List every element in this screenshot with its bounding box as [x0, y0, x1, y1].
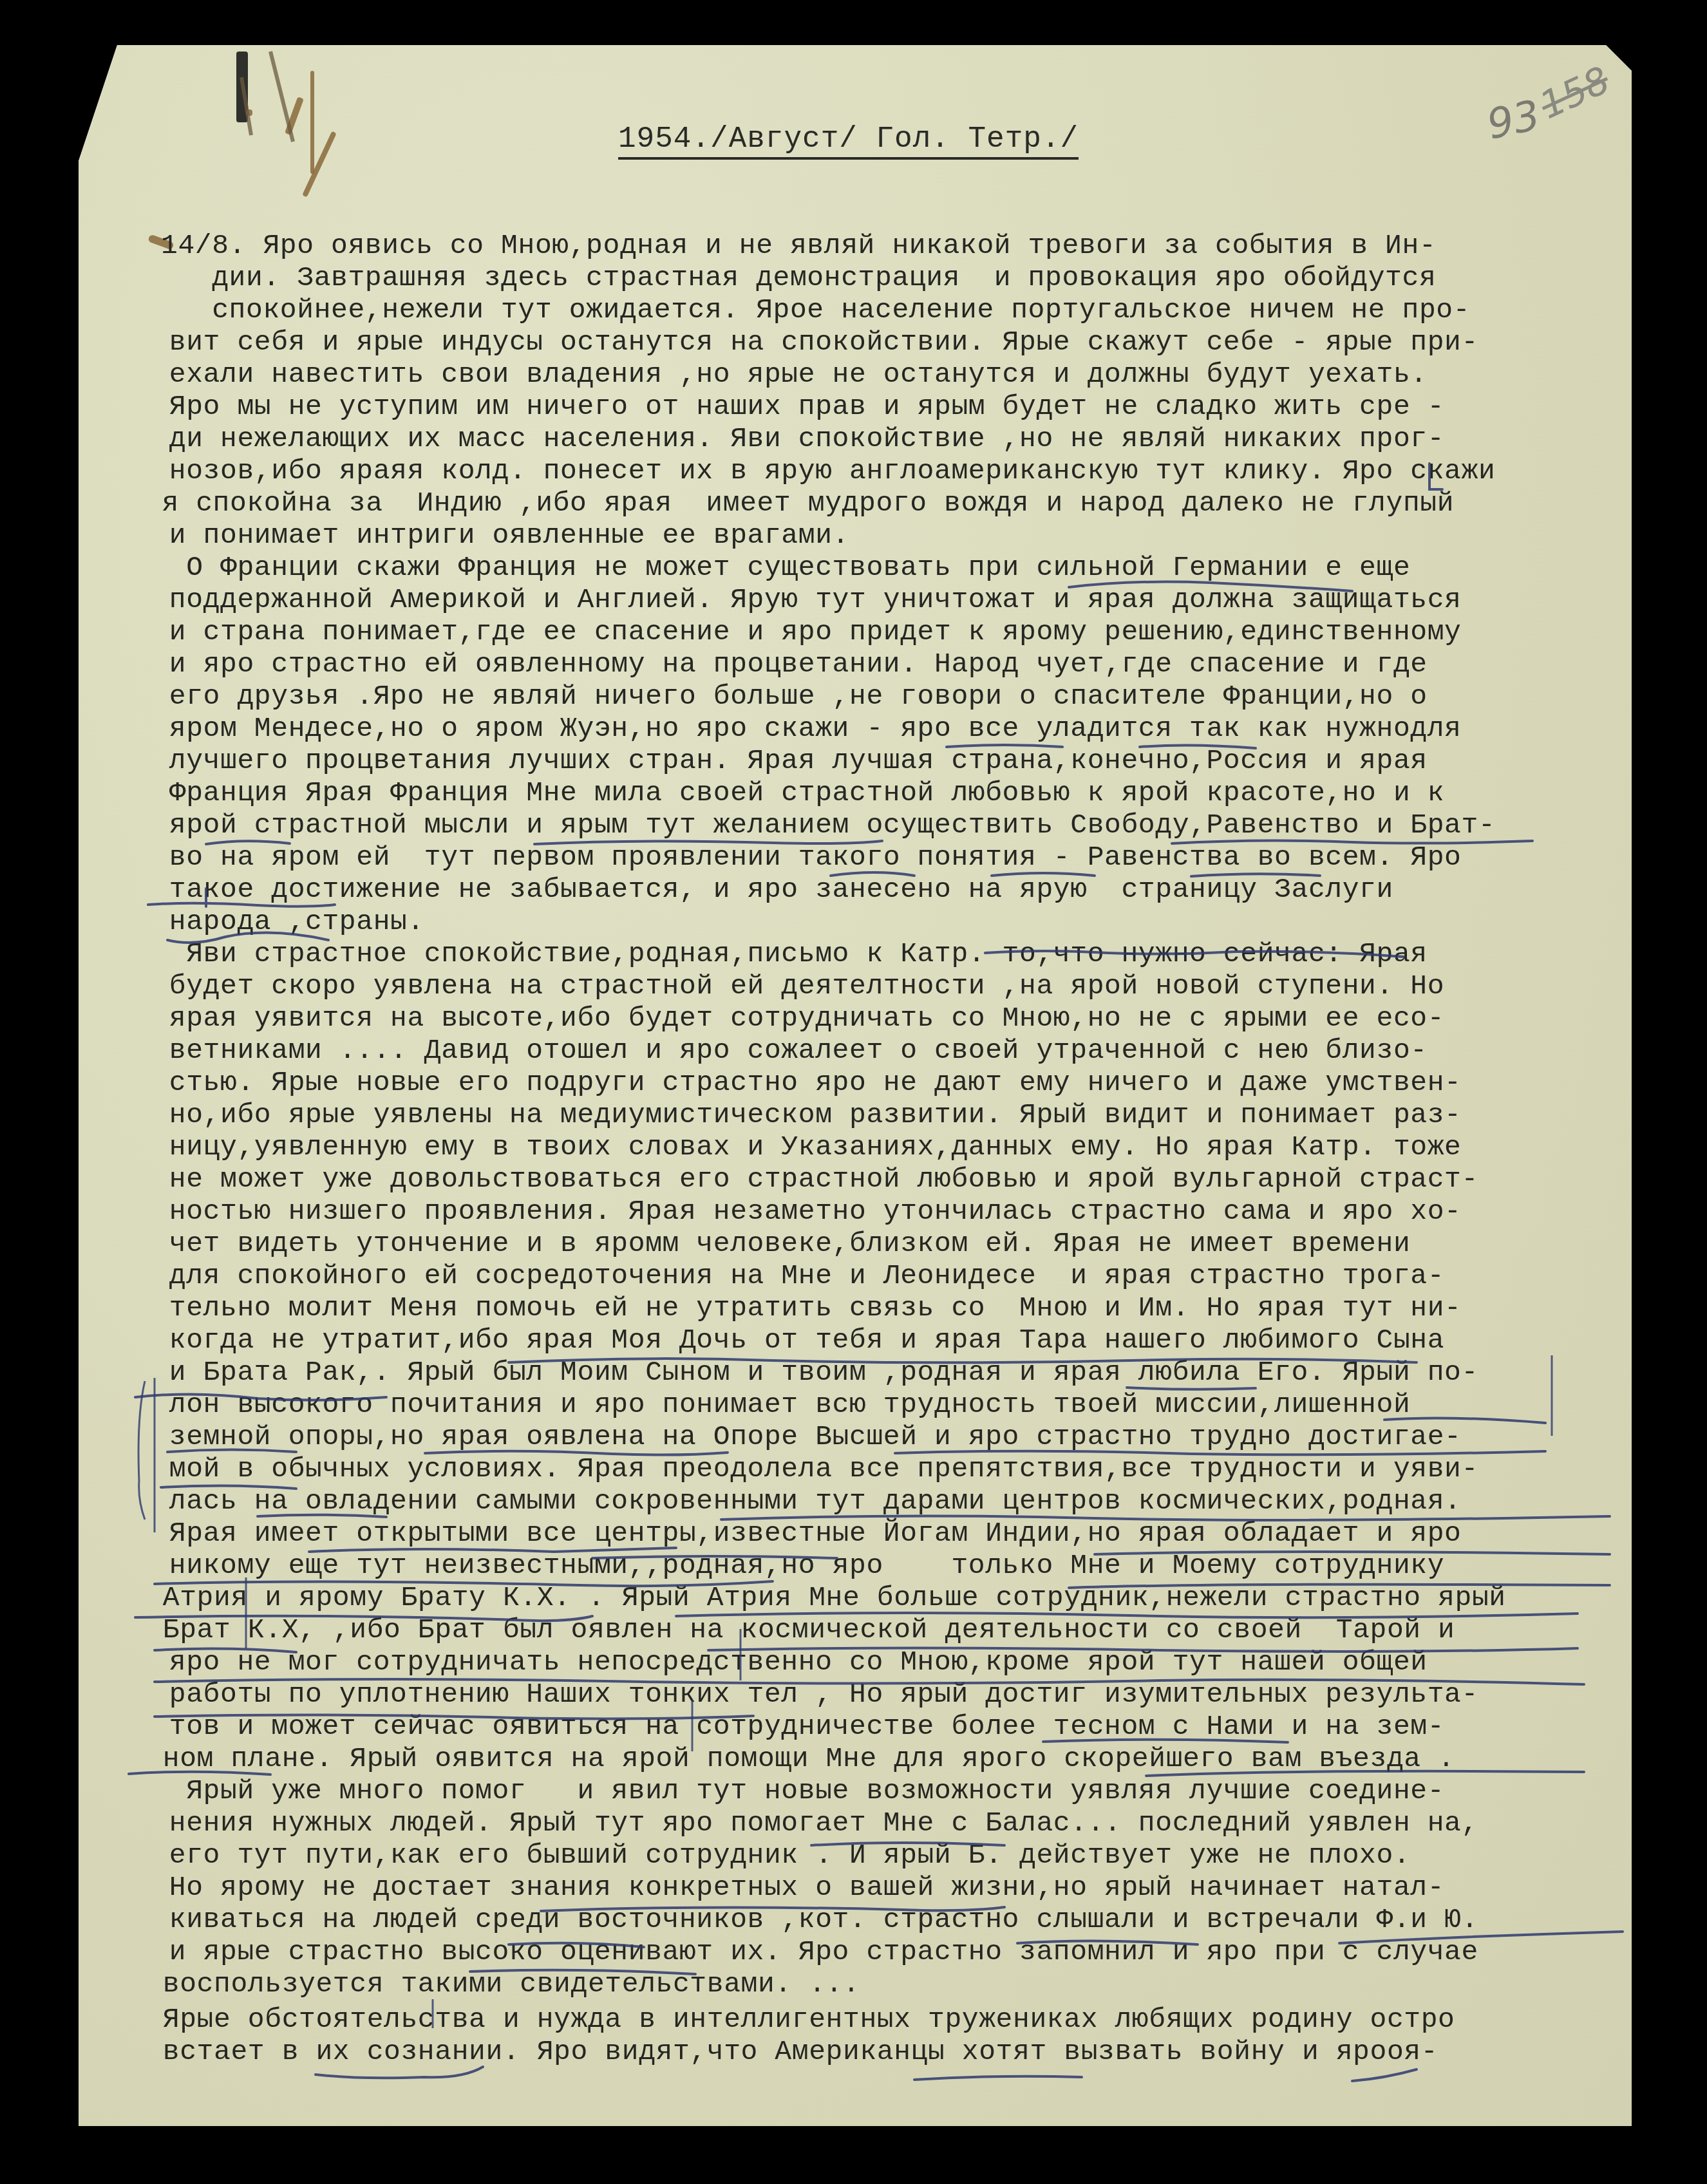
- text-line: его тут пути,как его бывший сотрудник . …: [135, 1841, 1410, 1869]
- text-line: яро не мог сотрудничать непосредственно …: [135, 1648, 1428, 1676]
- text-line: дии. Завтрашняя здесь страстная демонстр…: [161, 264, 1436, 292]
- text-line: нозов,ибо яраяя колд. понесет их в ярую …: [135, 457, 1495, 485]
- text-line: и яро страстно ей оявленному на процвета…: [135, 650, 1428, 678]
- text-line: тов и может сейчас оявиться на сотруднич…: [135, 1713, 1444, 1740]
- text-line: Яви страстное спокойствие,родная,письмо …: [135, 940, 1428, 968]
- text-line: ехали навестить свои владения ,но ярые н…: [135, 361, 1428, 388]
- text-line: никому еще тут неизвестными,,родная,но я…: [135, 1552, 1444, 1579]
- text-line: киваться на людей среди восточников ,кот…: [135, 1906, 1478, 1934]
- rust-stain: [310, 71, 314, 174]
- text-line: Яро мы не уступим им ничего от наших пра…: [135, 393, 1444, 420]
- text-line: лучшего процветания лучших стран. Ярая л…: [135, 747, 1428, 775]
- text-line: ном плане. Ярый оявится на ярой помощи М…: [129, 1745, 1455, 1773]
- text-line: спокойнее,нежели тут ожидается. Ярое нас…: [161, 296, 1470, 324]
- text-line: будет скоро уявлена на страстной ей деят…: [135, 972, 1444, 1000]
- text-line: ярая уявится на высоте,ибо будет сотрудн…: [135, 1004, 1444, 1032]
- text-line: Франция Ярая Франция Мне мила своей стра…: [135, 779, 1444, 807]
- text-line: 14/8. Яро оявись со Мною,родная и не явл…: [161, 232, 1436, 259]
- rust-stain: [246, 109, 252, 116]
- text-line: но,ибо ярые уявлены на медиумистическом …: [135, 1101, 1462, 1129]
- text-line: поддержанной Америкой и Англией. Ярую ту…: [135, 586, 1462, 614]
- text-line: вит себя и ярые индусы останутся на спок…: [135, 328, 1478, 356]
- text-line: ветниками .... Давид отошел и яро сожале…: [135, 1037, 1428, 1064]
- text-line: и страна понимает,где ее спасение и яро …: [135, 618, 1462, 646]
- text-line: Брат К.Х, ,ибо Брат был оявлен на космич…: [129, 1616, 1455, 1644]
- text-line: воспользуется такими свидетельствами. ..…: [129, 1970, 860, 1998]
- text-line: ностью низшего проявления. Ярая незаметн…: [135, 1198, 1462, 1225]
- text-line: чет видеть утончение и в яромм человеке,…: [135, 1230, 1410, 1257]
- text-line: яром Мендесе,но о яром Жуэн,но яро скажи…: [135, 715, 1462, 742]
- text-line: тельно молит Меня помочь ей не утратить …: [135, 1294, 1462, 1322]
- text-line: для спокойного ей сосредоточения на Мне …: [135, 1262, 1444, 1290]
- document-title: 1954./Август/ Гол. Тетр./: [618, 122, 1079, 160]
- text-line: лон высокого почитания и яро понимает вс…: [135, 1391, 1410, 1418]
- text-line: Атрия и ярому Брату К.Х. . Ярый Атрия Мн…: [129, 1584, 1506, 1612]
- text-line: его друзья .Яро не являй ничего больше ,…: [135, 682, 1428, 710]
- text-line: ди нежелающих их масс населения. Яви спо…: [135, 425, 1444, 453]
- text-line: и Брата Рак,. Ярый был Моим Сыном и твои…: [135, 1359, 1478, 1386]
- text-line: такое достижение не забывается, и яро за…: [135, 876, 1393, 903]
- text-line: Ярая имеет открытыми все центры,известны…: [135, 1520, 1462, 1547]
- text-line: когда не утратит,ибо ярая Моя Дочь от те…: [135, 1326, 1444, 1354]
- text-line: и понимает интриги оявленные ее врагами.: [135, 522, 849, 549]
- text-line: О Франции скажи Франция не может существ…: [135, 554, 1410, 581]
- text-line: во на яром ей тут первом проявлении тако…: [135, 843, 1462, 871]
- text-line: работы по уплотнению Наших тонких тел , …: [135, 1680, 1478, 1708]
- text-line: ницу,уявленную ему в твоих словах и Указ…: [135, 1133, 1462, 1161]
- text-line: народа ,страны.: [135, 908, 424, 936]
- rust-stain: [302, 131, 337, 197]
- rust-stain: [285, 97, 304, 135]
- text-line: и ярые страстно высоко оценивают их. Яро…: [135, 1938, 1478, 1966]
- text-line: лась на овладении самыми сокровенными ту…: [135, 1487, 1462, 1515]
- text-line: не может уже довольствоваться его страст…: [135, 1165, 1478, 1193]
- text-line: нения нужных людей. Ярый тут яро помогае…: [135, 1809, 1478, 1837]
- text-line: мой в обычных условиях. Ярая преодолела …: [135, 1455, 1478, 1483]
- text-line: Ярые обстоятельства и нужда в интеллиген…: [129, 2006, 1455, 2033]
- text-line: Но ярому не достает знания конкретных о …: [135, 1874, 1444, 1901]
- text-line: встает в их сознании. Яро видят,что Амер…: [129, 2038, 1438, 2066]
- text-line: стью. Ярые новые его подруги страстно яр…: [135, 1069, 1462, 1097]
- text-line: Ярый уже много помог и явил тут новые во…: [135, 1777, 1444, 1805]
- text-line: я спокойна за Индию ,ибо ярая имеет мудр…: [145, 489, 1454, 517]
- text-line: земной опоры,но ярая оявлена на Опоре Вы…: [135, 1423, 1462, 1451]
- text-line: ярой страстной мысли и ярым тут желанием…: [135, 811, 1495, 839]
